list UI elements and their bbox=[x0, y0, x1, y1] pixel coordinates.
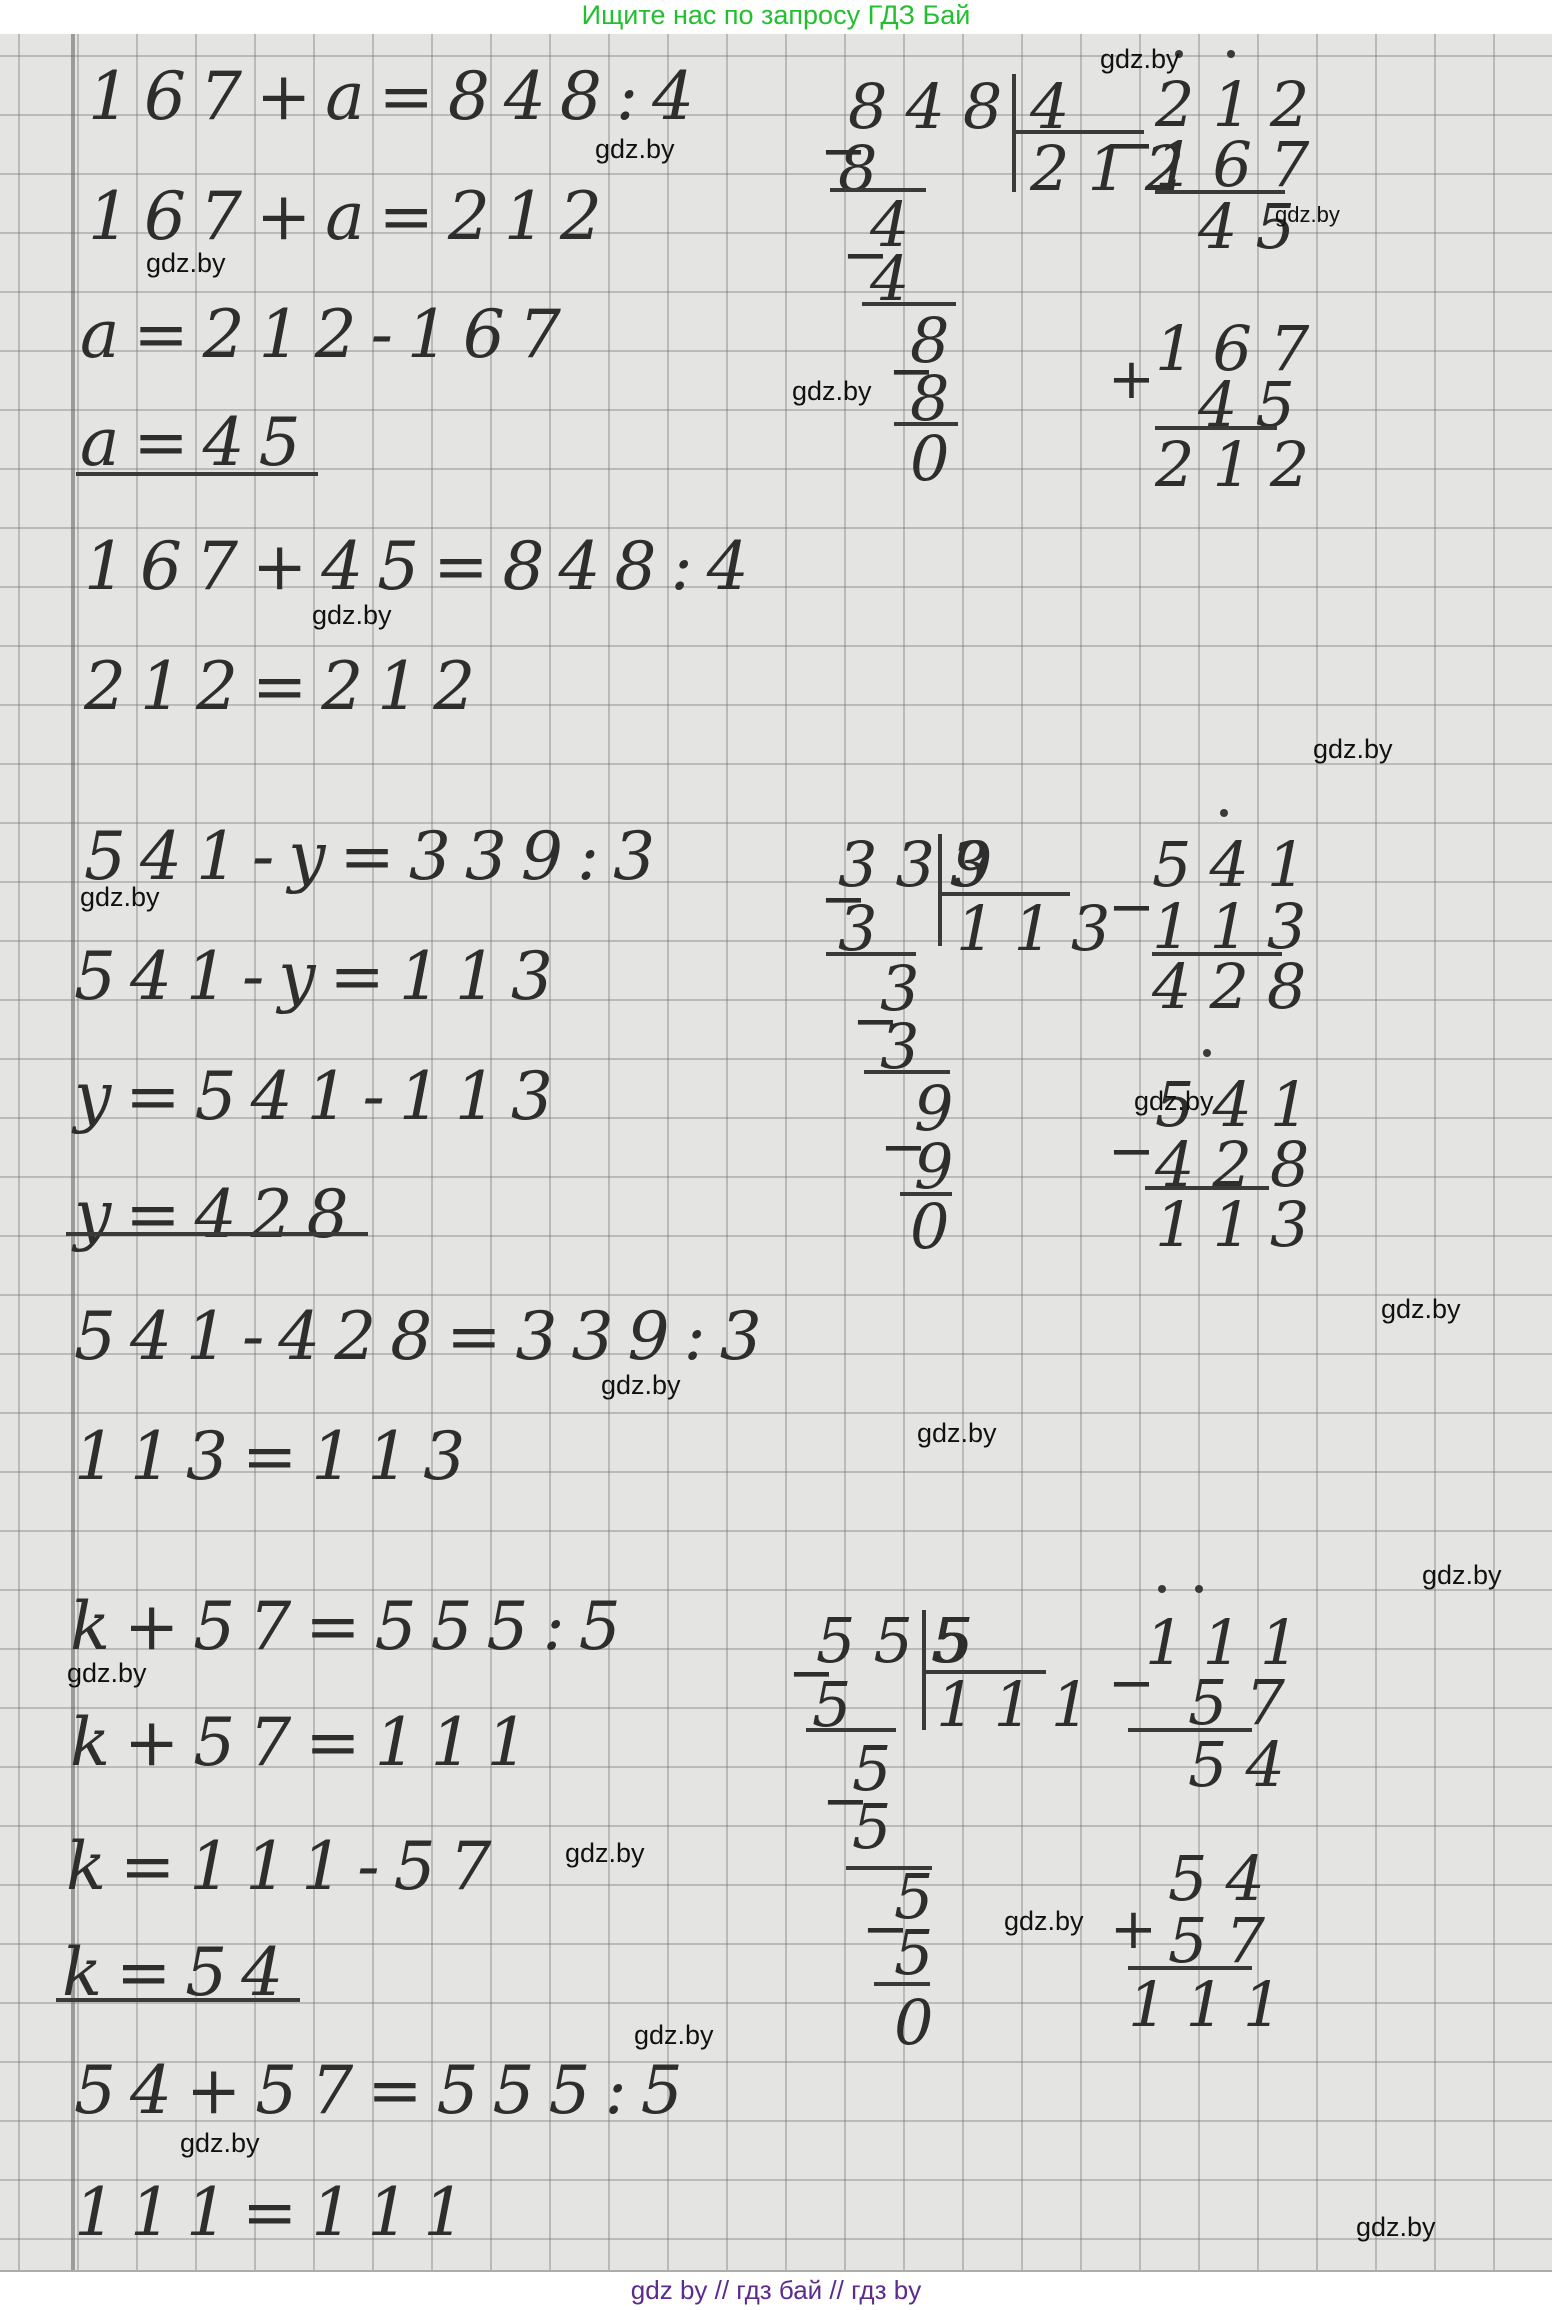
division-step: 9 bbox=[914, 1136, 971, 1198]
equation-line: 167+a=212 bbox=[88, 184, 616, 250]
quotient: 113 bbox=[956, 898, 1128, 960]
minus-sign: − bbox=[1108, 1124, 1155, 1180]
equation-check: 167+45=848:4 bbox=[84, 534, 763, 600]
division-step: 5 bbox=[852, 1796, 909, 1858]
equation-answer: a=45 bbox=[80, 410, 315, 476]
minus-sign: − bbox=[1108, 880, 1155, 936]
notebook-page: 167+a=848:4 167+a=212 a=212-167 a=45 167… bbox=[0, 34, 1552, 2270]
equation-line: 541-y=339:3 bbox=[84, 824, 669, 890]
watermark: gdz.by bbox=[1356, 2212, 1436, 2243]
borrow-dot bbox=[1195, 1585, 1203, 1593]
equation-check: 54+57=555:5 bbox=[74, 2058, 697, 2124]
sum: 212 bbox=[1155, 434, 1327, 496]
watermark: gdz.by bbox=[634, 2020, 714, 2051]
addend: 54 bbox=[1168, 1848, 1283, 1910]
watermark: gdz.by bbox=[312, 600, 392, 631]
minuend: 541 bbox=[1152, 834, 1324, 896]
watermark: gdz.by bbox=[565, 1838, 645, 1869]
watermark: gdz.by bbox=[1381, 1294, 1461, 1325]
division-bar bbox=[938, 834, 942, 946]
footer-links[interactable]: gdz by // гдз бай // гдз by bbox=[0, 2272, 1552, 2310]
subtrahend: 167 bbox=[1155, 134, 1327, 196]
watermark: gdz.by bbox=[917, 1418, 997, 1449]
equation-line: k=111-57 bbox=[66, 1834, 506, 1900]
equation-check: 541-428=339:3 bbox=[74, 1304, 776, 1370]
watermark: gdz.by bbox=[601, 1370, 681, 1401]
equation-check: 113=113 bbox=[74, 1424, 479, 1490]
watermark: gdz.by bbox=[1313, 734, 1393, 765]
equation-line: y=541-113 bbox=[74, 1064, 567, 1130]
division-remainder: 0 bbox=[910, 428, 967, 490]
addend: 57 bbox=[1168, 1910, 1283, 1972]
divisor: 4 bbox=[1030, 76, 1087, 138]
watermark: gdz.by bbox=[595, 134, 675, 165]
dividend: 848 bbox=[848, 76, 1020, 138]
minuend: 212 bbox=[1155, 74, 1327, 136]
watermark: gdz.by bbox=[1100, 44, 1180, 75]
watermark: gdz.by bbox=[180, 2128, 260, 2159]
watermark: gdz.by bbox=[1422, 1560, 1502, 1591]
borrow-dot bbox=[1203, 1049, 1211, 1057]
borrow-dot bbox=[1158, 1585, 1166, 1593]
difference: 113 bbox=[1155, 1194, 1327, 1256]
watermark: gdz.by bbox=[1004, 1906, 1084, 1937]
plus-sign: + bbox=[1110, 1902, 1157, 1958]
minuend: 111 bbox=[1145, 1612, 1317, 1674]
equation-answer: k=54 bbox=[62, 1940, 297, 2006]
equation-check: 111=111 bbox=[74, 2180, 479, 2246]
borrow-dot bbox=[1227, 50, 1235, 58]
sum: 111 bbox=[1128, 1974, 1300, 2036]
equation-line: k+57=111 bbox=[70, 1710, 543, 1776]
division-step: 3 bbox=[880, 1016, 937, 1078]
division-step: 4 bbox=[870, 248, 927, 310]
difference: 428 bbox=[1152, 956, 1324, 1018]
subtrahend: 57 bbox=[1188, 1672, 1303, 1734]
answer-underline bbox=[66, 1232, 368, 1236]
watermark: gdz.by bbox=[80, 882, 160, 913]
watermark: gdz.by bbox=[1275, 202, 1340, 228]
quotient: 111 bbox=[936, 1674, 1108, 1736]
division-step: 5 bbox=[894, 1922, 951, 1984]
division-step: 3 bbox=[838, 898, 895, 960]
watermark: gdz.by bbox=[1134, 1086, 1214, 1117]
equation-line: 541-y=113 bbox=[74, 944, 567, 1010]
division-remainder: 0 bbox=[910, 1196, 967, 1258]
divisor: 5 bbox=[934, 1610, 991, 1672]
plus-sign: + bbox=[1108, 352, 1155, 408]
equation-line: a=212-167 bbox=[80, 302, 575, 368]
answer-underline bbox=[76, 472, 318, 476]
equation-answer: y=428 bbox=[74, 1182, 363, 1248]
equation-line: 167+a=848:4 bbox=[88, 64, 708, 130]
answer-underline bbox=[56, 1998, 300, 2002]
equation-check: 212=212 bbox=[84, 654, 489, 720]
division-step: 8 bbox=[910, 368, 967, 430]
divisor: 3 bbox=[950, 834, 1007, 896]
equation-line: k+57=555:5 bbox=[70, 1594, 635, 1660]
difference: 54 bbox=[1188, 1734, 1303, 1796]
watermark: gdz.by bbox=[67, 1658, 147, 1689]
search-banner[interactable]: Ищите нас по запросу ГДЗ Бай bbox=[0, 0, 1552, 32]
division-step: 5 bbox=[812, 1674, 869, 1736]
watermark: gdz.by bbox=[146, 248, 226, 279]
subtrahend: 113 bbox=[1152, 896, 1324, 958]
watermark: gdz.by bbox=[792, 376, 872, 407]
borrow-dot bbox=[1220, 809, 1228, 817]
minus-sign: − bbox=[1108, 118, 1155, 174]
division-remainder: 0 bbox=[894, 1992, 951, 2054]
